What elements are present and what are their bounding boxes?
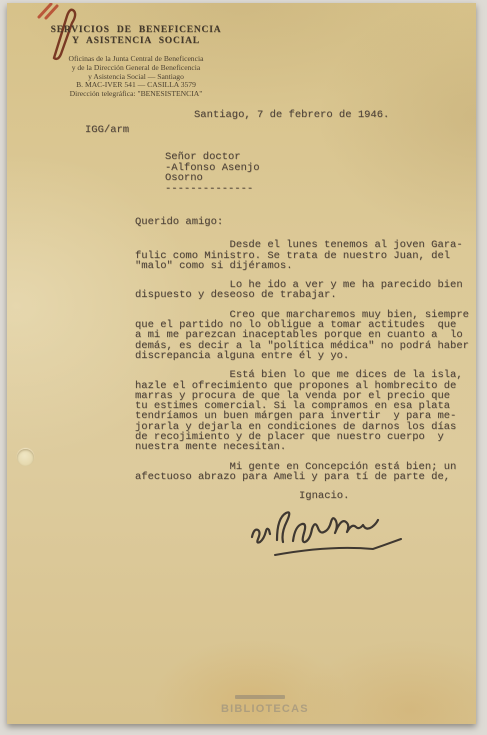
- reference-initials: IGG/arm: [85, 124, 129, 136]
- letterhead: SERVICIOS DE BENEFICENCIA Y ASISTENCIA S…: [35, 25, 237, 99]
- paragraph-5: Mi gente en Concepción está bien; unafec…: [135, 462, 481, 483]
- body-line: nuestra mente necesitan.: [135, 442, 481, 452]
- letterhead-office-lines: Oficinas de la Junta Central de Benefice…: [35, 55, 237, 99]
- watermark-text: BIBLIOTECAS: [221, 703, 309, 715]
- handwritten-signature: [245, 499, 415, 563]
- body-line: discrepancia alguna entre él y yo.: [135, 351, 481, 361]
- paragraph-2: Lo he ido a ver y me ha parecido biendis…: [135, 280, 481, 301]
- letter-body: Querido amigo: Desde el lunes tenemos al…: [135, 217, 481, 502]
- letter-page: SERVICIOS DE BENEFICENCIA Y ASISTENCIA S…: [7, 3, 476, 724]
- scan-background: SERVICIOS DE BENEFICENCIA Y ASISTENCIA S…: [0, 0, 487, 735]
- paragraph-4: Está bien lo que me dices de la isla,haz…: [135, 370, 481, 452]
- dateline: Santiago, 7 de febrero de 1946.: [194, 109, 389, 121]
- punch-hole: [17, 449, 34, 466]
- body-line: "malo" como si dijéramos.: [135, 261, 481, 271]
- recipient-line: --------------: [165, 184, 260, 195]
- letterhead-org-name: SERVICIOS DE BENEFICENCIA Y ASISTENCIA S…: [35, 25, 237, 47]
- letterhead-org-line1: SERVICIOS DE BENEFICENCIA: [35, 25, 237, 36]
- recipient-line: Señor doctor: [165, 152, 260, 163]
- body-line: afectuoso abrazo para Ameli y para tí de…: [135, 472, 481, 482]
- letterhead-org-line2: Y ASISTENCIA SOCIAL: [35, 36, 237, 47]
- letterhead-office-line: Dirección telegráfica: "BENESISTENCIA": [35, 90, 237, 99]
- watermark-bar: [235, 695, 285, 699]
- recipient-block: Señor doctor-Alfonso AsenjoOsorno-------…: [165, 152, 260, 194]
- signature-scrawl: [252, 512, 378, 542]
- salutation: Querido amigo:: [135, 217, 481, 227]
- paragraph-3: Creo que marcharemos muy bien, siemprequ…: [135, 310, 481, 361]
- paragraph-1: Desde el lunes tenemos al joven Gara-ful…: [135, 240, 481, 271]
- library-watermark: BIBLIOTECAS: [221, 695, 309, 715]
- body-line: dispuesto y deseoso de trabajar.: [135, 290, 481, 300]
